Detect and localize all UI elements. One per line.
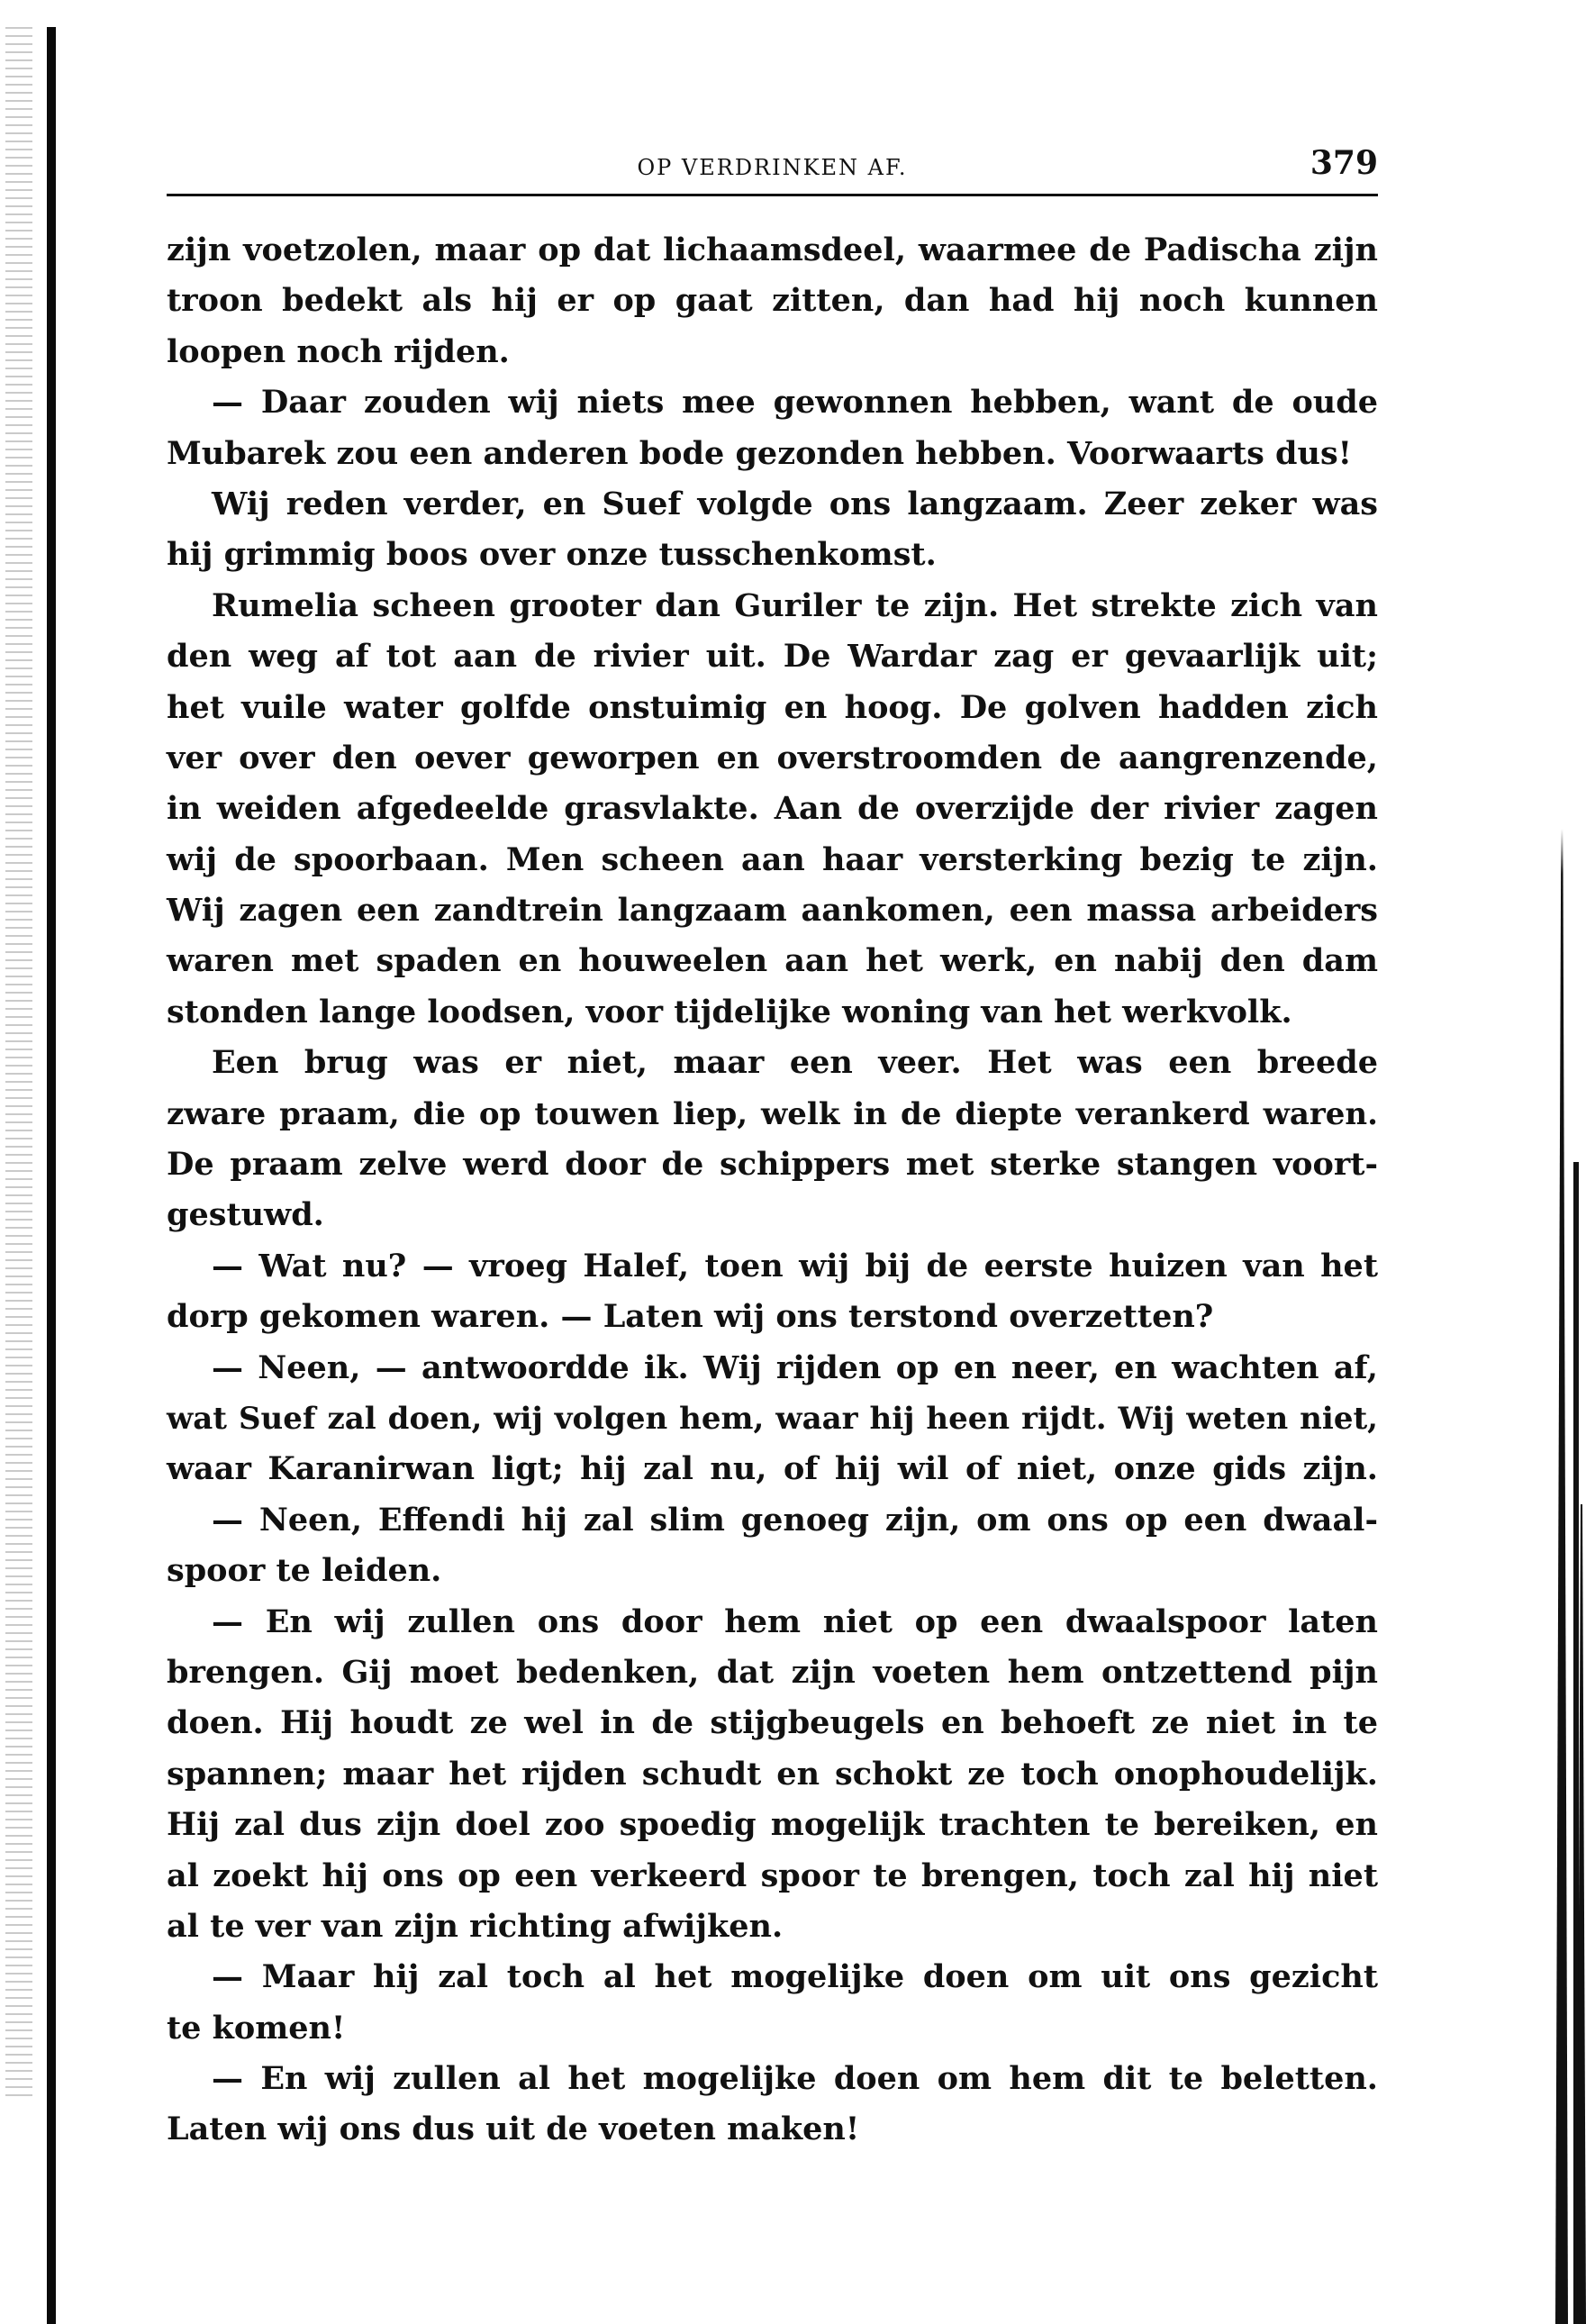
- text-line: Wij reden verder, en Suef volgde ons lan…: [167, 479, 1378, 530]
- text-line: — Neen, — antwoordde ik. Wij rijden op e…: [167, 1343, 1378, 1393]
- page-binding-shadow: [47, 27, 56, 2324]
- page-edge-shadow: [1555, 829, 1568, 2324]
- text-line: al te ver van zijn richting afwijken.: [167, 1902, 1378, 1952]
- text-line: spannen; maar het rijden schudt en schok…: [167, 1749, 1378, 1800]
- text-line: Mubarek zou een anderen bode gezonden he…: [167, 429, 1378, 479]
- text-line: waren met spaden en houweelen aan het we…: [167, 936, 1378, 986]
- text-line: al zoekt hij ons op een verkeerd spoor t…: [167, 1851, 1378, 1902]
- text-line: loopen noch rijden.: [167, 327, 1378, 377]
- text-line: gestuwd.: [167, 1190, 1378, 1240]
- text-line: — Daar zouden wij niets mee gewonnen heb…: [167, 377, 1378, 428]
- text-line: brengen. Gij moet bedenken, dat zijn voe…: [167, 1648, 1378, 1698]
- page-header: OP VERDRINKEN AF. 379: [167, 144, 1378, 189]
- text-line: waar Karanirwan ligt; hij zal nu, of hij…: [167, 1444, 1378, 1494]
- text-line: — Neen, Effendi hij zal slim genoeg zijn…: [167, 1495, 1378, 1546]
- text-line: — Maar hij zal toch al het mogelijke doe…: [167, 1952, 1378, 2002]
- text-line: wat Suef zal doen, wij volgen hem, waar …: [167, 1393, 1378, 1444]
- header-rule: [167, 194, 1378, 196]
- text-line: Wij zagen een zandtrein langzaam aankome…: [167, 885, 1378, 936]
- text-line: De praam zelve werd door de schippers me…: [167, 1139, 1378, 1190]
- text-line: spoor te leiden.: [167, 1546, 1378, 1596]
- text-line: stonden lange loodsen, voor tijdelijke w…: [167, 987, 1378, 1038]
- text-line: dorp gekomen waren. — Laten wij ons ters…: [167, 1292, 1378, 1342]
- text-line: den weg af tot aan de rivier uit. De War…: [167, 631, 1378, 682]
- text-line: — En wij zullen ons door hem niet op een…: [167, 1597, 1378, 1648]
- text-line: Een brug was er niet, maar een veer. Het…: [167, 1038, 1378, 1088]
- text-line: troon bedekt als hij er op gaat zitten, …: [167, 276, 1378, 326]
- text-line: te komen!: [167, 2003, 1378, 2054]
- text-line: Hij zal dus zijn doel zoo spoedig mogeli…: [167, 1800, 1378, 1850]
- text-line: doen. Hij houdt ze wel in de stijgbeugel…: [167, 1698, 1378, 1748]
- text-line: hij grimmig boos over onze tusschenkomst…: [167, 530, 1378, 580]
- text-line: wij de spoorbaan. Men scheen aan haar ve…: [167, 835, 1378, 885]
- running-title: OP VERDRINKEN AF.: [167, 155, 1378, 180]
- text-line: Laten wij ons dus uit de voeten maken!: [167, 2104, 1378, 2155]
- text-line: zware praam, die op touwen liep, welk in…: [167, 1089, 1378, 1139]
- body-text: zijn voetzolen, maar op dat lichaamsdeel…: [167, 225, 1378, 2156]
- text-line: — En wij zullen al het mogelijke doen om…: [167, 2054, 1378, 2104]
- text-line: Rumelia scheen grooter dan Guriler te zi…: [167, 581, 1378, 631]
- text-line: in weiden afgedeelde grasvlakte. Aan de …: [167, 784, 1378, 834]
- text-line: — Wat nu? — vroeg Halef, toen wij bij de…: [167, 1241, 1378, 1292]
- page-number: 379: [1310, 144, 1378, 182]
- text-line: het vuile water golfde onstuimig en hoog…: [167, 683, 1378, 733]
- text-line: zijn voetzolen, maar op dat lichaamsdeel…: [167, 225, 1378, 276]
- scan-noise: [5, 27, 32, 2099]
- text-line: ver over den oever geworpen en overstroo…: [167, 733, 1378, 784]
